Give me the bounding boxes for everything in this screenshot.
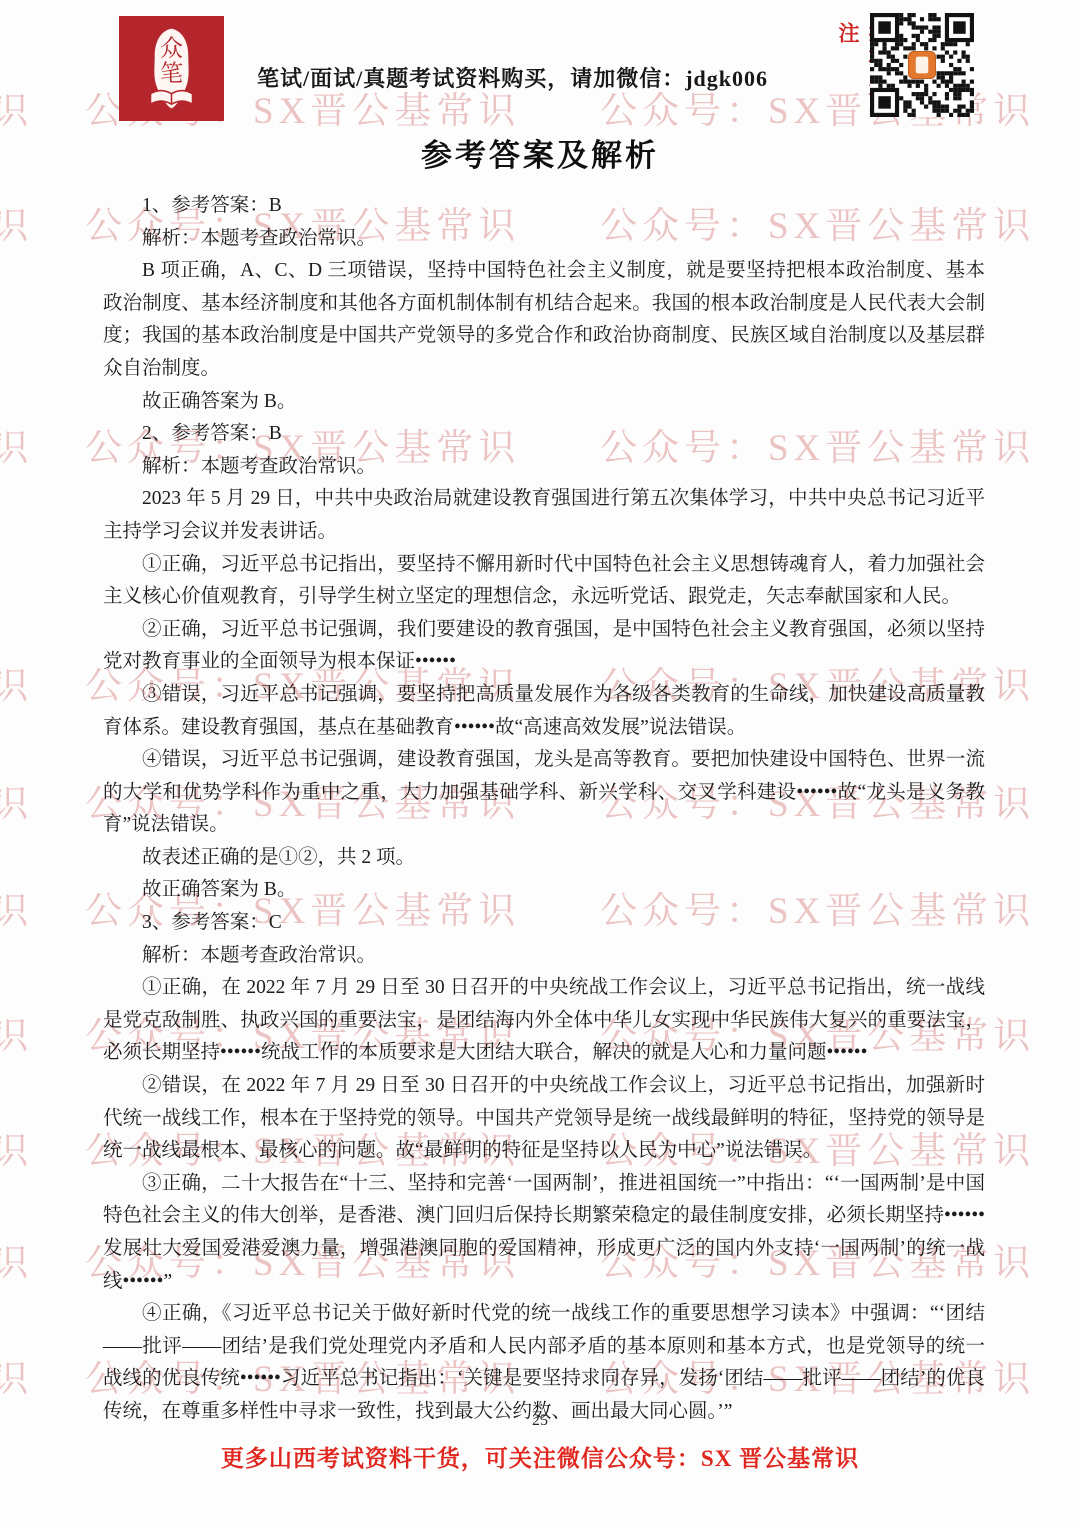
answer-heading: 2、参考答案：B (103, 418, 985, 451)
watermark-text: 公众号：SX晋公基常识 (0, 773, 33, 827)
answer-paragraph: ①正确，在 2022 年 7 月 29 日至 30 日召开的中央统战工作会议上，… (103, 972, 985, 1070)
document-page: 公众号：SX晋公基常识公众号：SX晋公基常识公众号：SX晋公基常识公众号：SX晋… (0, 0, 1080, 1527)
answer-paragraph: ②正确，习近平总书记强调，我们要建设的教育强国，是中国特色社会主义教育强国，必须… (103, 614, 985, 679)
purchase-notice-text: 笔试/面试/真题考试资料购买，请加微信：jdgk006 (240, 62, 785, 93)
page-header: 众 笔 笔试/面试/真题考试资料购买，请加微信：jdgk006 扫码关注 (0, 0, 1080, 130)
answer-paragraph: 解析：本题考查政治常识。 (103, 451, 985, 484)
watermark-text: 公众号：SX晋公基常识 (0, 1120, 33, 1174)
answer-paragraph: ④正确，《习近平总书记关于做好新时代党的统一战线工作的重要思想学习读本》中强调：… (103, 1298, 985, 1428)
answer-paragraph: 故正确答案为 B。 (103, 874, 985, 907)
answer-paragraph: 故表述正确的是①②，共 2 项。 (103, 842, 985, 875)
answer-section-3: 3、参考答案：C 解析：本题考查政治常识。 ①正确，在 2022 年 7 月 2… (103, 907, 985, 1429)
watermark-text: 公众号：SX晋公基常识 (0, 195, 33, 249)
page-number: 25 (0, 1412, 1080, 1430)
seal-logo-icon: 众 笔 (118, 16, 225, 121)
footer-promo-text: 更多山西考试资料干货，可关注微信公众号：SX 晋公基常识 (0, 1440, 1080, 1473)
answer-section-1: 1、参考答案：B 解析：本题考查政治常识。 B 项正确，A、C、D 三项错误，坚… (103, 190, 985, 418)
watermark-text: 公众号：SX晋公基常识 (0, 1348, 33, 1402)
answer-paragraph: ②错误，在 2022 年 7 月 29 日至 30 日召开的中央统战工作会议上，… (103, 1070, 985, 1168)
answer-heading: 3、参考答案：C (103, 907, 985, 940)
qr-code-icon (870, 13, 974, 117)
answer-paragraph: ①正确，习近平总书记指出，要坚持不懈用新时代中国特色社会主义思想铸魂育人，着力加… (103, 549, 985, 614)
watermark-text: 公众号：SX晋公基常识 (0, 880, 33, 934)
answer-paragraph: ④错误，习近平总书记强调，建设教育强国，龙头是高等教育。要把加快建设中国特色、世… (103, 744, 985, 842)
answer-heading: 1、参考答案：B (103, 190, 985, 223)
answer-paragraph: 故正确答案为 B。 (103, 386, 985, 419)
page-title: 参考答案及解析 (0, 130, 1080, 175)
answer-paragraph: 2023 年 5 月 29 日，中共中央政治局就建设教育强国进行第五次集体学习，… (103, 483, 985, 548)
answer-paragraph: 解析：本题考查政治常识。 (103, 940, 985, 973)
answer-paragraph: B 项正确，A、C、D 三项错误，坚持中国特色社会主义制度，就是要坚持把根本政治… (103, 255, 985, 385)
answer-paragraph: 解析：本题考查政治常识。 (103, 223, 985, 256)
answer-section-2: 2、参考答案：B 解析：本题考查政治常识。 2023 年 5 月 29 日，中共… (103, 418, 985, 907)
answer-paragraph: ③正确，二十大报告在“十三、坚持和完善‘一国两制’，推进祖国统一”中指出：“‘一… (103, 1168, 985, 1298)
qr-code (870, 13, 974, 117)
content: 1、参考答案：B 解析：本题考查政治常识。 B 项正确，A、C、D 三项错误，坚… (103, 190, 985, 1429)
watermark-text: 公众号：SX晋公基常识 (0, 417, 33, 471)
answer-paragraph: ③错误，习近平总书记强调，要坚持把高质量发展作为各级各类教育的生命线，加快建设高… (103, 679, 985, 744)
seal-char-bottom: 笔 (160, 60, 183, 86)
brand-seal-logo: 众 笔 (118, 16, 225, 121)
watermark-text: 公众号：SX晋公基常识 (0, 1232, 33, 1286)
watermark-text: 公众号：SX晋公基常识 (0, 1005, 33, 1059)
seal-char-top: 众 (160, 35, 183, 61)
watermark-text: 公众号：SX晋公基常识 (0, 655, 33, 709)
